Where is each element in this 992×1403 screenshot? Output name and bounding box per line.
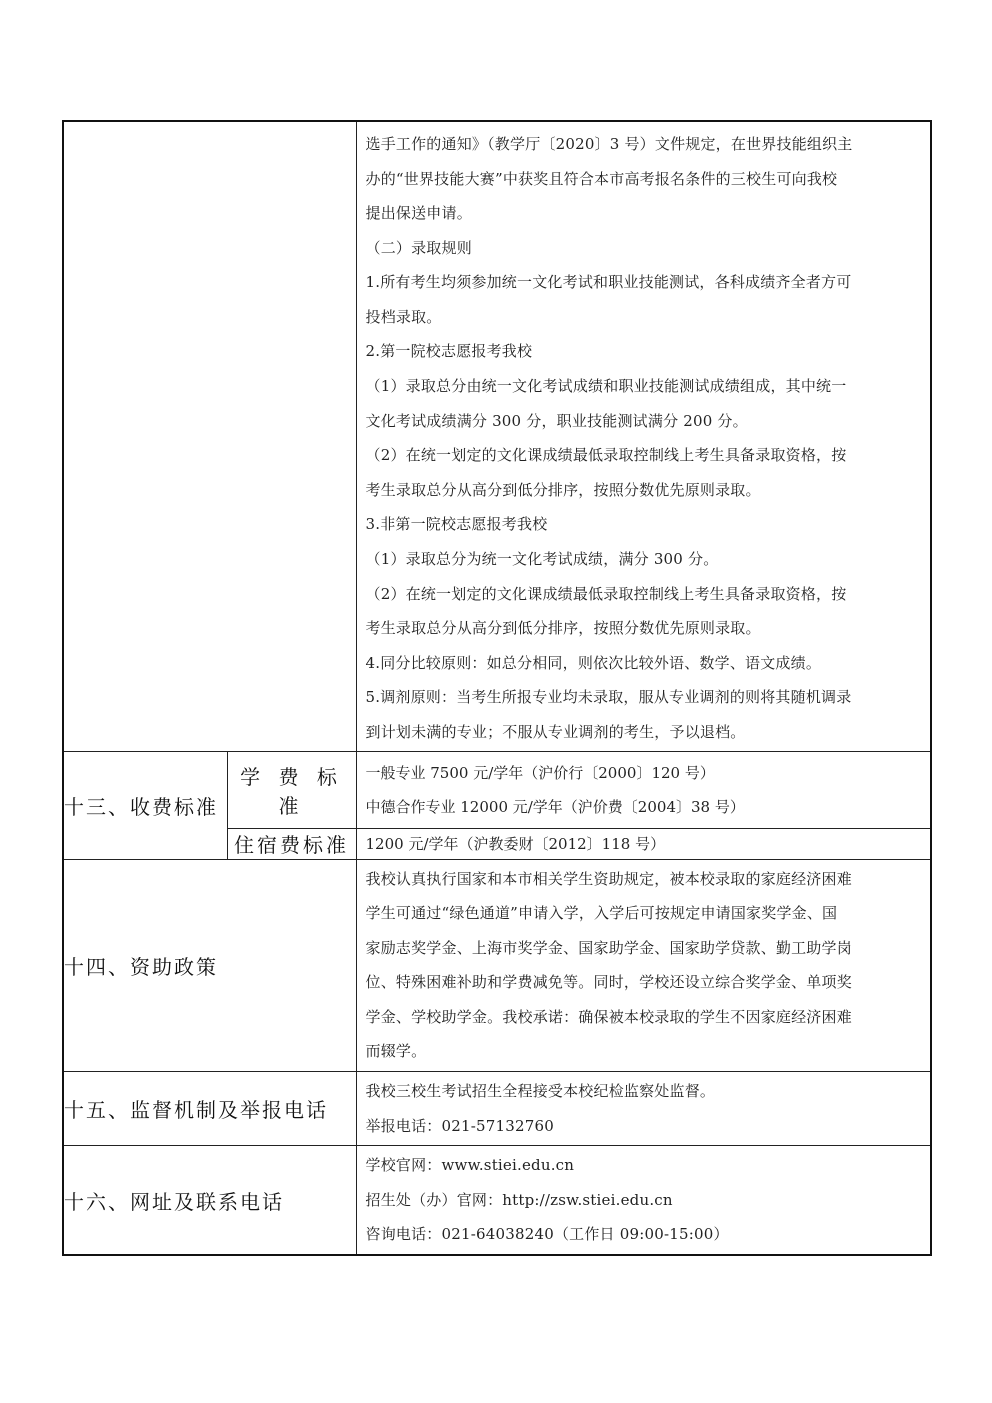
text-line: 家励志奖学金、上海市奖学金、国家助学金、国家助学贷款、勤工助学岗 [366, 931, 923, 966]
table-row-tuition: 十三、收费标准 学 费 标 准 一般专业 7500 元/学年（沪价行〔2000〕… [63, 751, 931, 828]
section-16-heading: 十六、网址及联系电话 [63, 1146, 356, 1255]
text-line: 文化考试成绩满分 300 分，职业技能测试满分 200 分。 [366, 404, 923, 439]
dorm-fee-label: 住宿费标准 [227, 828, 356, 859]
supervision-cell: 我校三校生考试招生全程接受本校纪检监察处监督。 举报电话：021-5713276… [356, 1072, 931, 1146]
text-line: （2）在统一划定的文化课成绩最低录取控制线上考生具备录取资格，按 [366, 577, 923, 612]
table-row-supervision: 十五、监督机制及举报电话 我校三校生考试招生全程接受本校纪检监察处监督。 举报电… [63, 1072, 931, 1146]
table-row-contact: 十六、网址及联系电话 学校官网：www.stiei.edu.cn 招生处（办）官… [63, 1146, 931, 1255]
text-line: 办的“世界技能大赛”中获奖且符合本市高考报名条件的三校生可向我校 [366, 162, 923, 197]
text-line: （1）录取总分由统一文化考试成绩和职业技能测试成绩组成，其中统一 [366, 369, 923, 404]
text-line: 5.调剂原则：当考生所报专业均未录取，服从专业调剂的则将其随机调录 [366, 680, 923, 715]
text-line: 学金、学校助学金。我校承诺：确保被本校录取的学生不因家庭经济困难 [366, 1000, 923, 1035]
section-13-heading: 十三、收费标准 [63, 751, 227, 859]
text-line: 考生录取总分从高分到低分排序，按照分数优先原则录取。 [366, 473, 923, 508]
text-line: 而辍学。 [366, 1034, 923, 1069]
text-line: 投档录取。 [366, 300, 923, 335]
tuition-cell: 一般专业 7500 元/学年（沪价行〔2000〕120 号） 中德合作专业 12… [356, 751, 931, 828]
empty-heading-cell [63, 121, 356, 751]
tuition-label: 学 费 标 准 [227, 751, 356, 828]
tuition-line: 一般专业 7500 元/学年（沪价行〔2000〕120 号） [366, 756, 923, 790]
text-line: 2.第一院校志愿报考我校 [366, 334, 923, 369]
text-line: 我校三校生考试招生全程接受本校纪检监察处监督。 [366, 1074, 923, 1109]
text-line: 考生录取总分从高分到低分排序，按照分数优先原则录取。 [366, 611, 923, 646]
text-line: 学生可通过“绿色通道”申请入学，入学后可按规定申请国家奖学金、国 [366, 896, 923, 931]
text-line: （1）录取总分为统一文化考试成绩，满分 300 分。 [366, 542, 923, 577]
text-line: 到计划未满的专业；不服从专业调剂的考生，予以退档。 [366, 715, 923, 750]
admission-info-table: 选手工作的通知》（教学厅〔2020〕3 号）文件规定，在世界技能组织主 办的“世… [62, 120, 932, 1256]
school-website: 学校官网：www.stiei.edu.cn [366, 1148, 923, 1183]
report-phone: 举报电话：021-57132760 [366, 1109, 923, 1144]
section-15-heading: 十五、监督机制及举报电话 [63, 1072, 356, 1146]
text-line: （2）在统一划定的文化课成绩最低录取控制线上考生具备录取资格，按 [366, 438, 923, 473]
text-line: 1.所有考生均须参加统一文化考试和职业技能测试，各科成绩齐全者方可 [366, 265, 923, 300]
financial-aid-cell: 我校认真执行国家和本市相关学生资助规定，被本校录取的家庭经济困难 学生可通过“绿… [356, 859, 931, 1072]
document-page: 选手工作的通知》（教学厅〔2020〕3 号）文件规定，在世界技能组织主 办的“世… [0, 0, 992, 1403]
text-line: 提出保送申请。 [366, 196, 923, 231]
subsection-title: （二）录取规则 [366, 231, 923, 266]
admissions-website: 招生处（办）官网：http://zsw.stiei.edu.cn [366, 1183, 923, 1218]
text-line: 位、特殊困难补助和学费减免等。同时，学校还设立综合奖学金、单项奖 [366, 965, 923, 1000]
text-line: 我校认真执行国家和本市相关学生资助规定，被本校录取的家庭经济困难 [366, 862, 923, 897]
dorm-fee-line: 1200 元/学年（沪教委财〔2012〕118 号） [357, 830, 931, 858]
admission-rules-cell: 选手工作的通知》（教学厅〔2020〕3 号）文件规定，在世界技能组织主 办的“世… [356, 121, 931, 751]
section-14-heading: 十四、资助政策 [63, 859, 356, 1072]
tuition-line: 中德合作专业 12000 元/学年（沪价费〔2004〕38 号） [366, 790, 923, 824]
table-row-continuation: 选手工作的通知》（教学厅〔2020〕3 号）文件规定，在世界技能组织主 办的“世… [63, 121, 931, 751]
table-row-financial-aid: 十四、资助政策 我校认真执行国家和本市相关学生资助规定，被本校录取的家庭经济困难… [63, 859, 931, 1072]
dorm-fee-cell: 1200 元/学年（沪教委财〔2012〕118 号） [356, 828, 931, 859]
consult-phone: 咨询电话：021-64038240（工作日 09:00-15:00） [366, 1217, 923, 1252]
text-line: 3.非第一院校志愿报考我校 [366, 507, 923, 542]
text-line: 选手工作的通知》（教学厅〔2020〕3 号）文件规定，在世界技能组织主 [366, 127, 923, 162]
contact-cell: 学校官网：www.stiei.edu.cn 招生处（办）官网：http://zs… [356, 1146, 931, 1255]
text-line: 4.同分比较原则：如总分相同，则依次比较外语、数学、语文成绩。 [366, 646, 923, 681]
